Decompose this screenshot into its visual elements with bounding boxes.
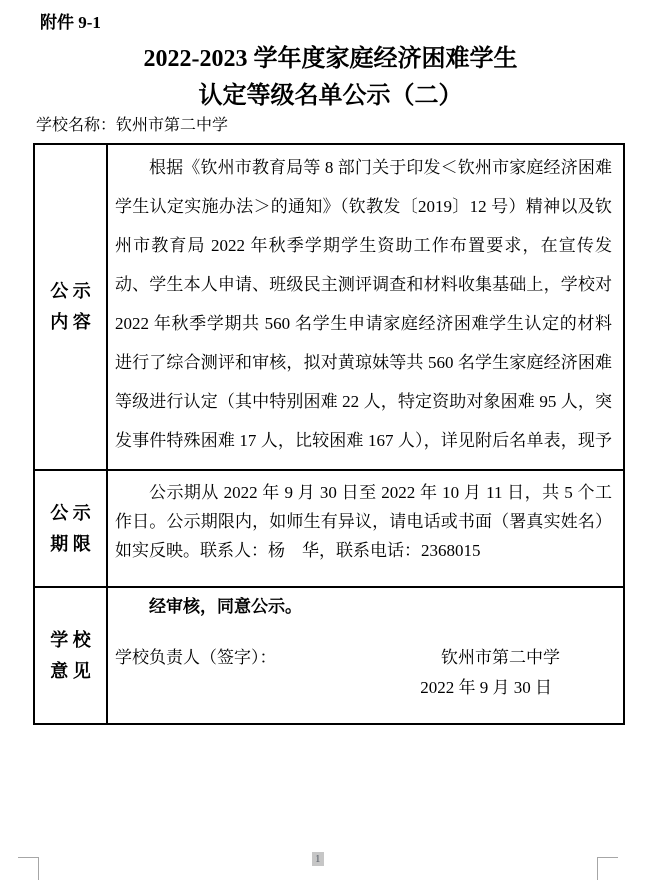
signature-line: 学校负责人（签字）： 钦州市第二中学 <box>115 643 612 673</box>
title-line-2: 认定等级名单公示（二） <box>0 78 661 115</box>
row-header-public-content: 公 示 内 容 <box>35 145 108 469</box>
signature-date: 2022 年 9 月 30 日 <box>115 673 612 703</box>
table-row-period: 公 示 期 限 公示期从 2022 年 9 月 30 日至 2022 年 10 … <box>35 471 623 588</box>
attachment-label: 附件 9-1 <box>40 8 101 33</box>
signature-label: 学校负责人（签字）： <box>115 643 277 673</box>
school-opinion-cell: 经审核，同意公示。 学校负责人（签字）： 钦州市第二中学 2022 年 9 月 … <box>108 588 623 723</box>
title-line-1: 2022-2023 学年度家庭经济困难学生 <box>0 41 661 78</box>
page-number-field: 1 <box>312 852 324 866</box>
row-header-school-opinion: 学 校 意 见 <box>35 588 108 723</box>
row-header-public-period: 公 示 期 限 <box>35 471 108 586</box>
notice-table: 公 示 内 容 根据《钦州市教育局等 8 部门关于印发＜钦州市家庭经济困难学生认… <box>33 143 625 725</box>
table-row-content: 公 示 内 容 根据《钦州市教育局等 8 部门关于印发＜钦州市家庭经济困难学生认… <box>35 145 623 471</box>
margin-crop-mark-bottom-right <box>597 857 618 880</box>
public-period-paragraph: 公示期从 2022 年 9 月 30 日至 2022 年 10 月 11 日，共… <box>108 471 623 586</box>
school-name-line: 学校名称：钦州市第二中学 <box>36 115 228 137</box>
document-title: 2022-2023 学年度家庭经济困难学生 认定等级名单公示（二） <box>0 41 661 115</box>
approval-statement: 经审核，同意公示。 <box>115 593 612 621</box>
margin-crop-mark-bottom-left <box>18 857 39 880</box>
signature-school-name: 钦州市第二中学 <box>277 643 613 673</box>
document-page: 附件 9-1 2022-2023 学年度家庭经济困难学生 认定等级名单公示（二）… <box>0 0 661 886</box>
table-row-school-opinion: 学 校 意 见 经审核，同意公示。 学校负责人（签字）： 钦州市第二中学 202… <box>35 588 623 723</box>
public-content-paragraph: 根据《钦州市教育局等 8 部门关于印发＜钦州市家庭经济困难学生认定实施办法＞的通… <box>108 145 623 469</box>
